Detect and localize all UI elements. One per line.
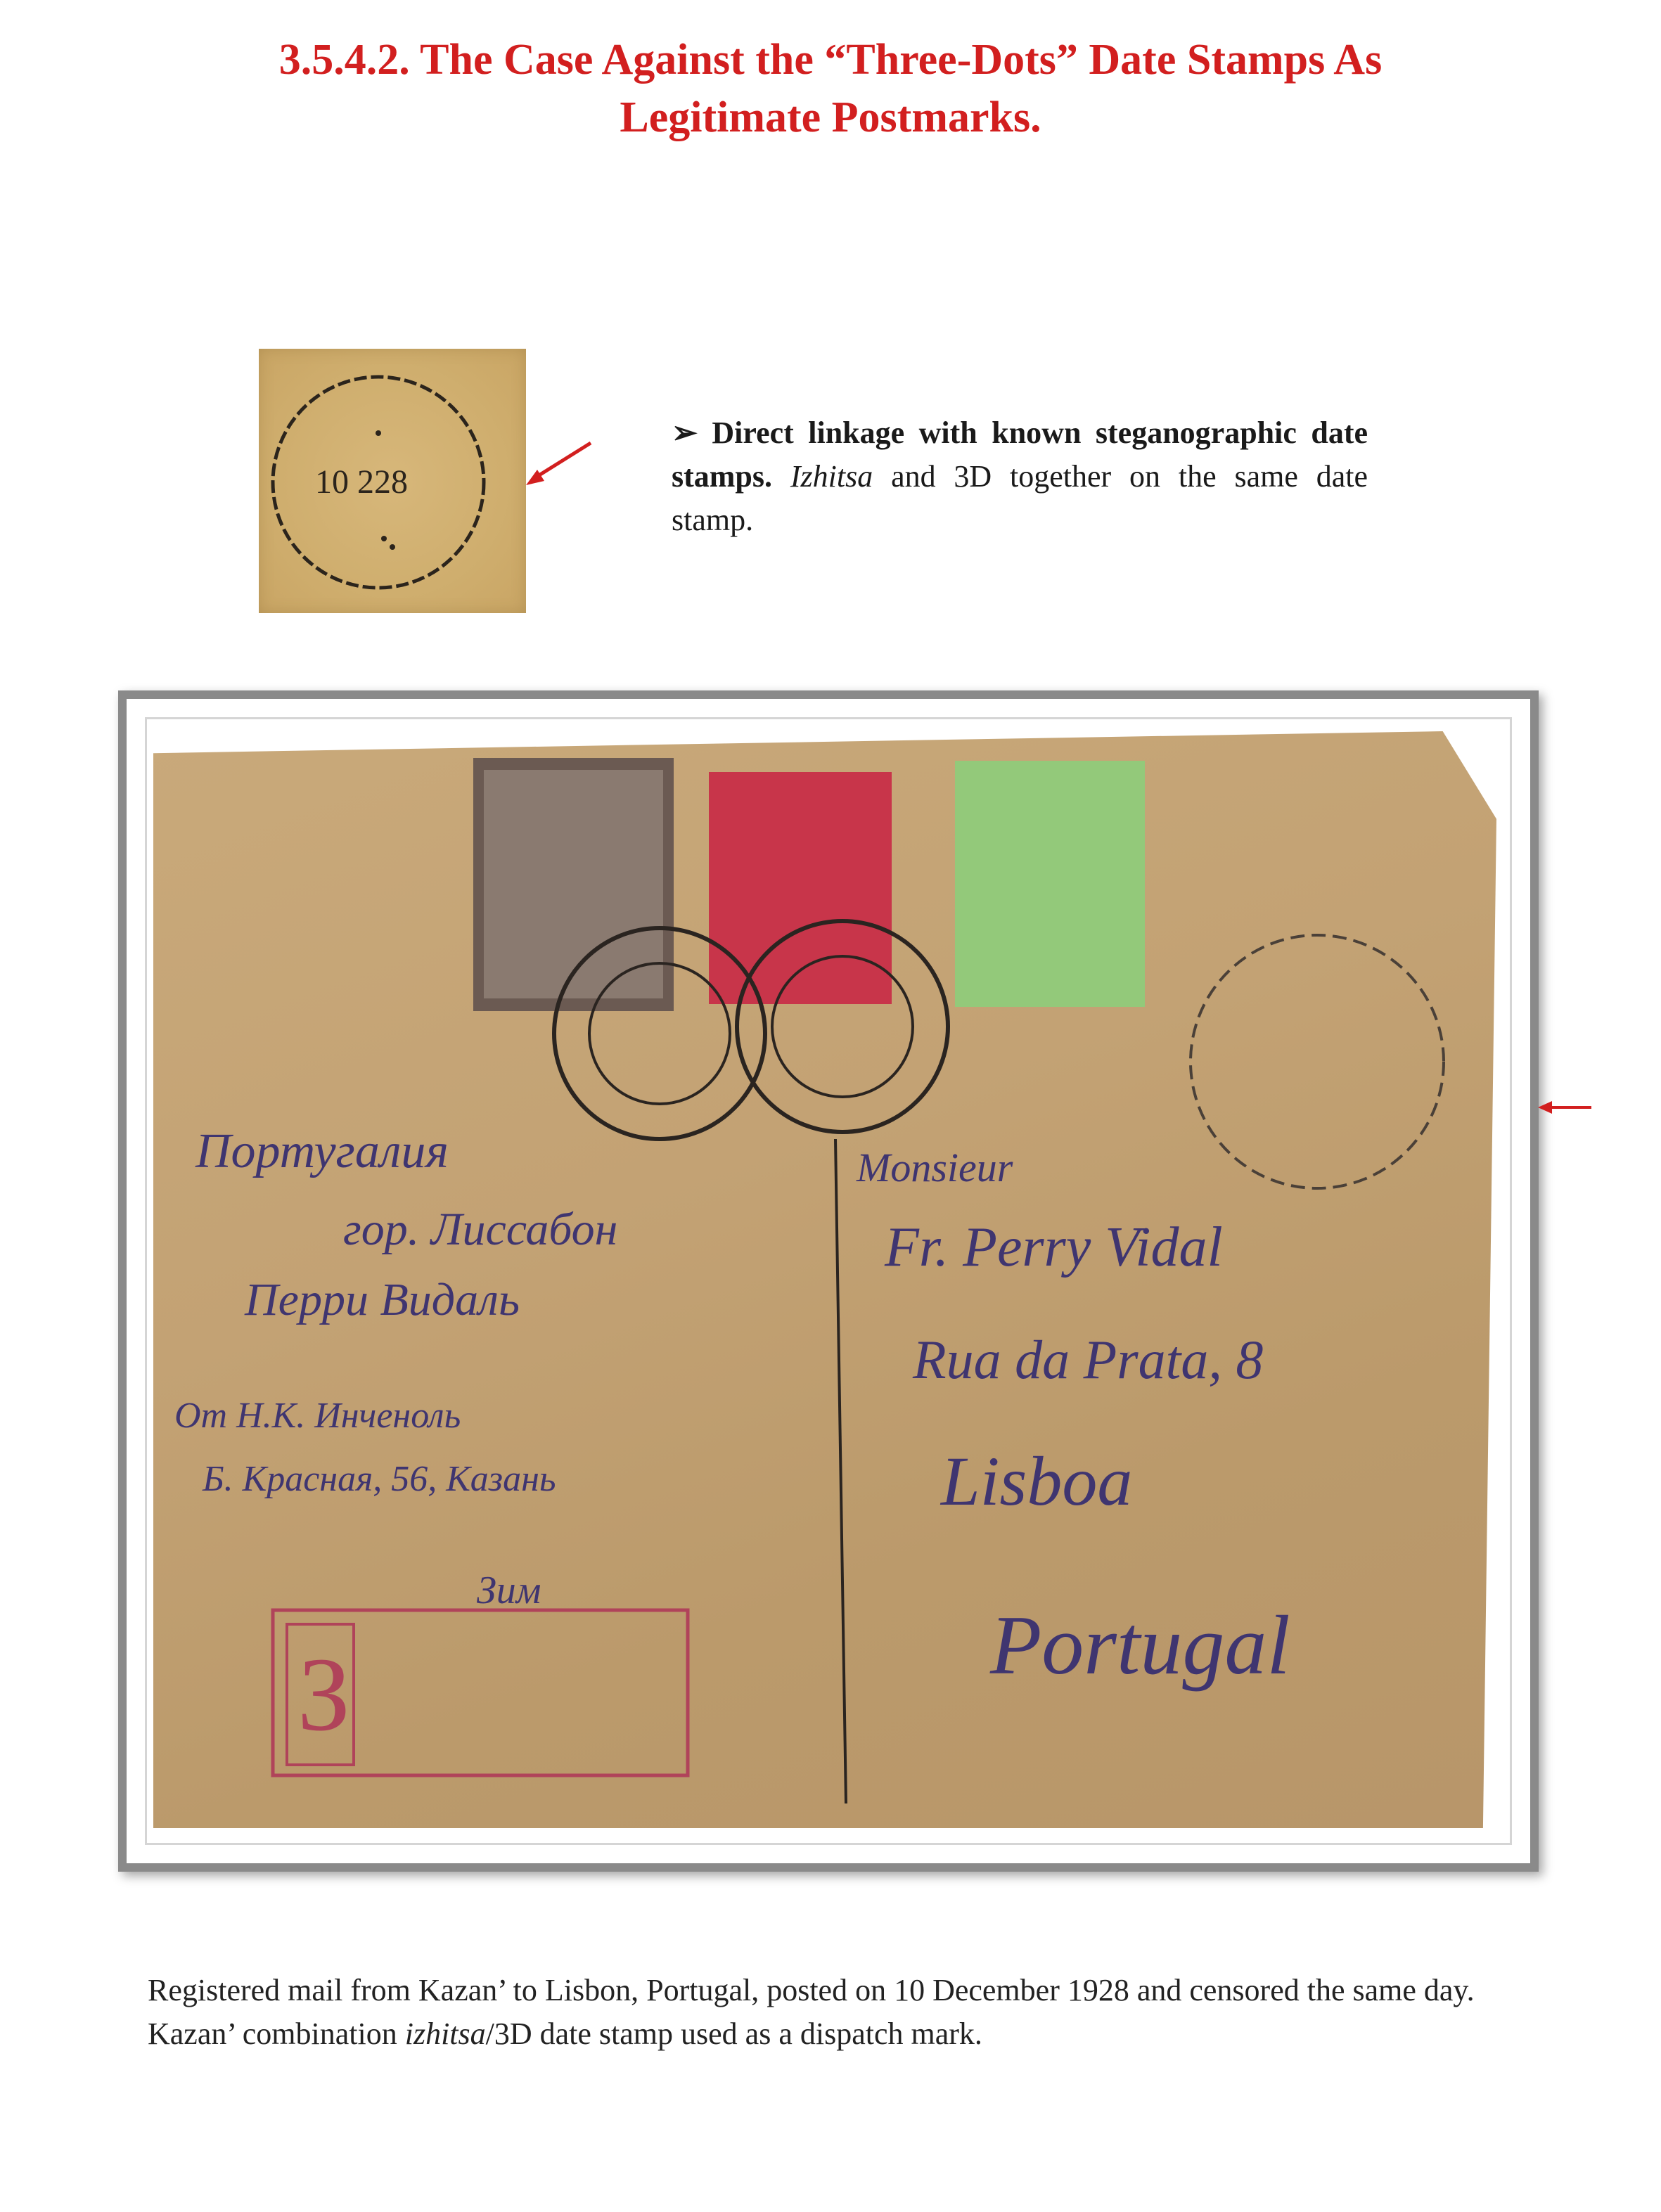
date-stamp-detail-image: 10 228 xyxy=(259,349,526,613)
three-dots-postmark xyxy=(1191,935,1444,1188)
pointer-arrow-icon xyxy=(520,436,598,492)
svg-text:Monsieur: Monsieur xyxy=(856,1145,1013,1190)
postmark-circle-icon: 10 228 xyxy=(259,349,526,613)
envelope-illustration: Португалия гор. Лиссабон Перри Видаль От… xyxy=(153,731,1496,1828)
svg-text:З: З xyxy=(297,1636,350,1753)
svg-text:Fr. Perry Vidal: Fr. Perry Vidal xyxy=(884,1216,1223,1278)
caption-italic: izhitsa xyxy=(405,2017,486,2051)
svg-text:Rua da Prata, 8: Rua da Prata, 8 xyxy=(912,1329,1263,1390)
svg-text:гор. Лиссабон: гор. Лиссабон xyxy=(343,1204,617,1255)
bullet-point: ➢ Direct linkage with known steganograph… xyxy=(672,411,1368,542)
title-line-1: 3.5.4.2. The Case Against the “Three-Dot… xyxy=(0,31,1661,89)
figure-caption: Registered mail from Kazan’ to Lisbon, P… xyxy=(148,1969,1519,2056)
svg-text:Б. Красная, 56, Казань: Б. Красная, 56, Казань xyxy=(202,1459,556,1499)
bullet-italic-text: Izhitsa xyxy=(790,459,873,494)
divider-line xyxy=(835,1139,846,1803)
bullet-rest-text: and 3D together on the same date stamp. xyxy=(672,459,1368,537)
svg-text:Зим: Зим xyxy=(477,1569,541,1612)
svg-text:Португалия: Португалия xyxy=(195,1124,449,1178)
svg-text:Перри Видаль: Перри Видаль xyxy=(244,1274,520,1325)
caption-text-after: /3D date stamp used as a dispatch mark. xyxy=(486,2017,982,2051)
stamp-date-text: 10 228 xyxy=(315,463,408,501)
envelope-image: Португалия гор. Лиссабон Перри Видаль От… xyxy=(153,731,1496,1828)
bullet-marker: ➢ xyxy=(672,416,698,450)
svg-text:Lisboa: Lisboa xyxy=(939,1442,1132,1520)
svg-text:От Н.К. Инченоль: От Н.К. Инченоль xyxy=(174,1396,461,1436)
page-title: 3.5.4.2. The Case Against the “Three-Dot… xyxy=(0,31,1661,146)
svg-text:Portugal: Portugal xyxy=(989,1598,1290,1692)
title-line-2: Legitimate Postmarks. xyxy=(0,89,1661,146)
side-pointer-arrow-icon xyxy=(1537,1097,1593,1118)
stamp-2-kop xyxy=(955,761,1145,1007)
